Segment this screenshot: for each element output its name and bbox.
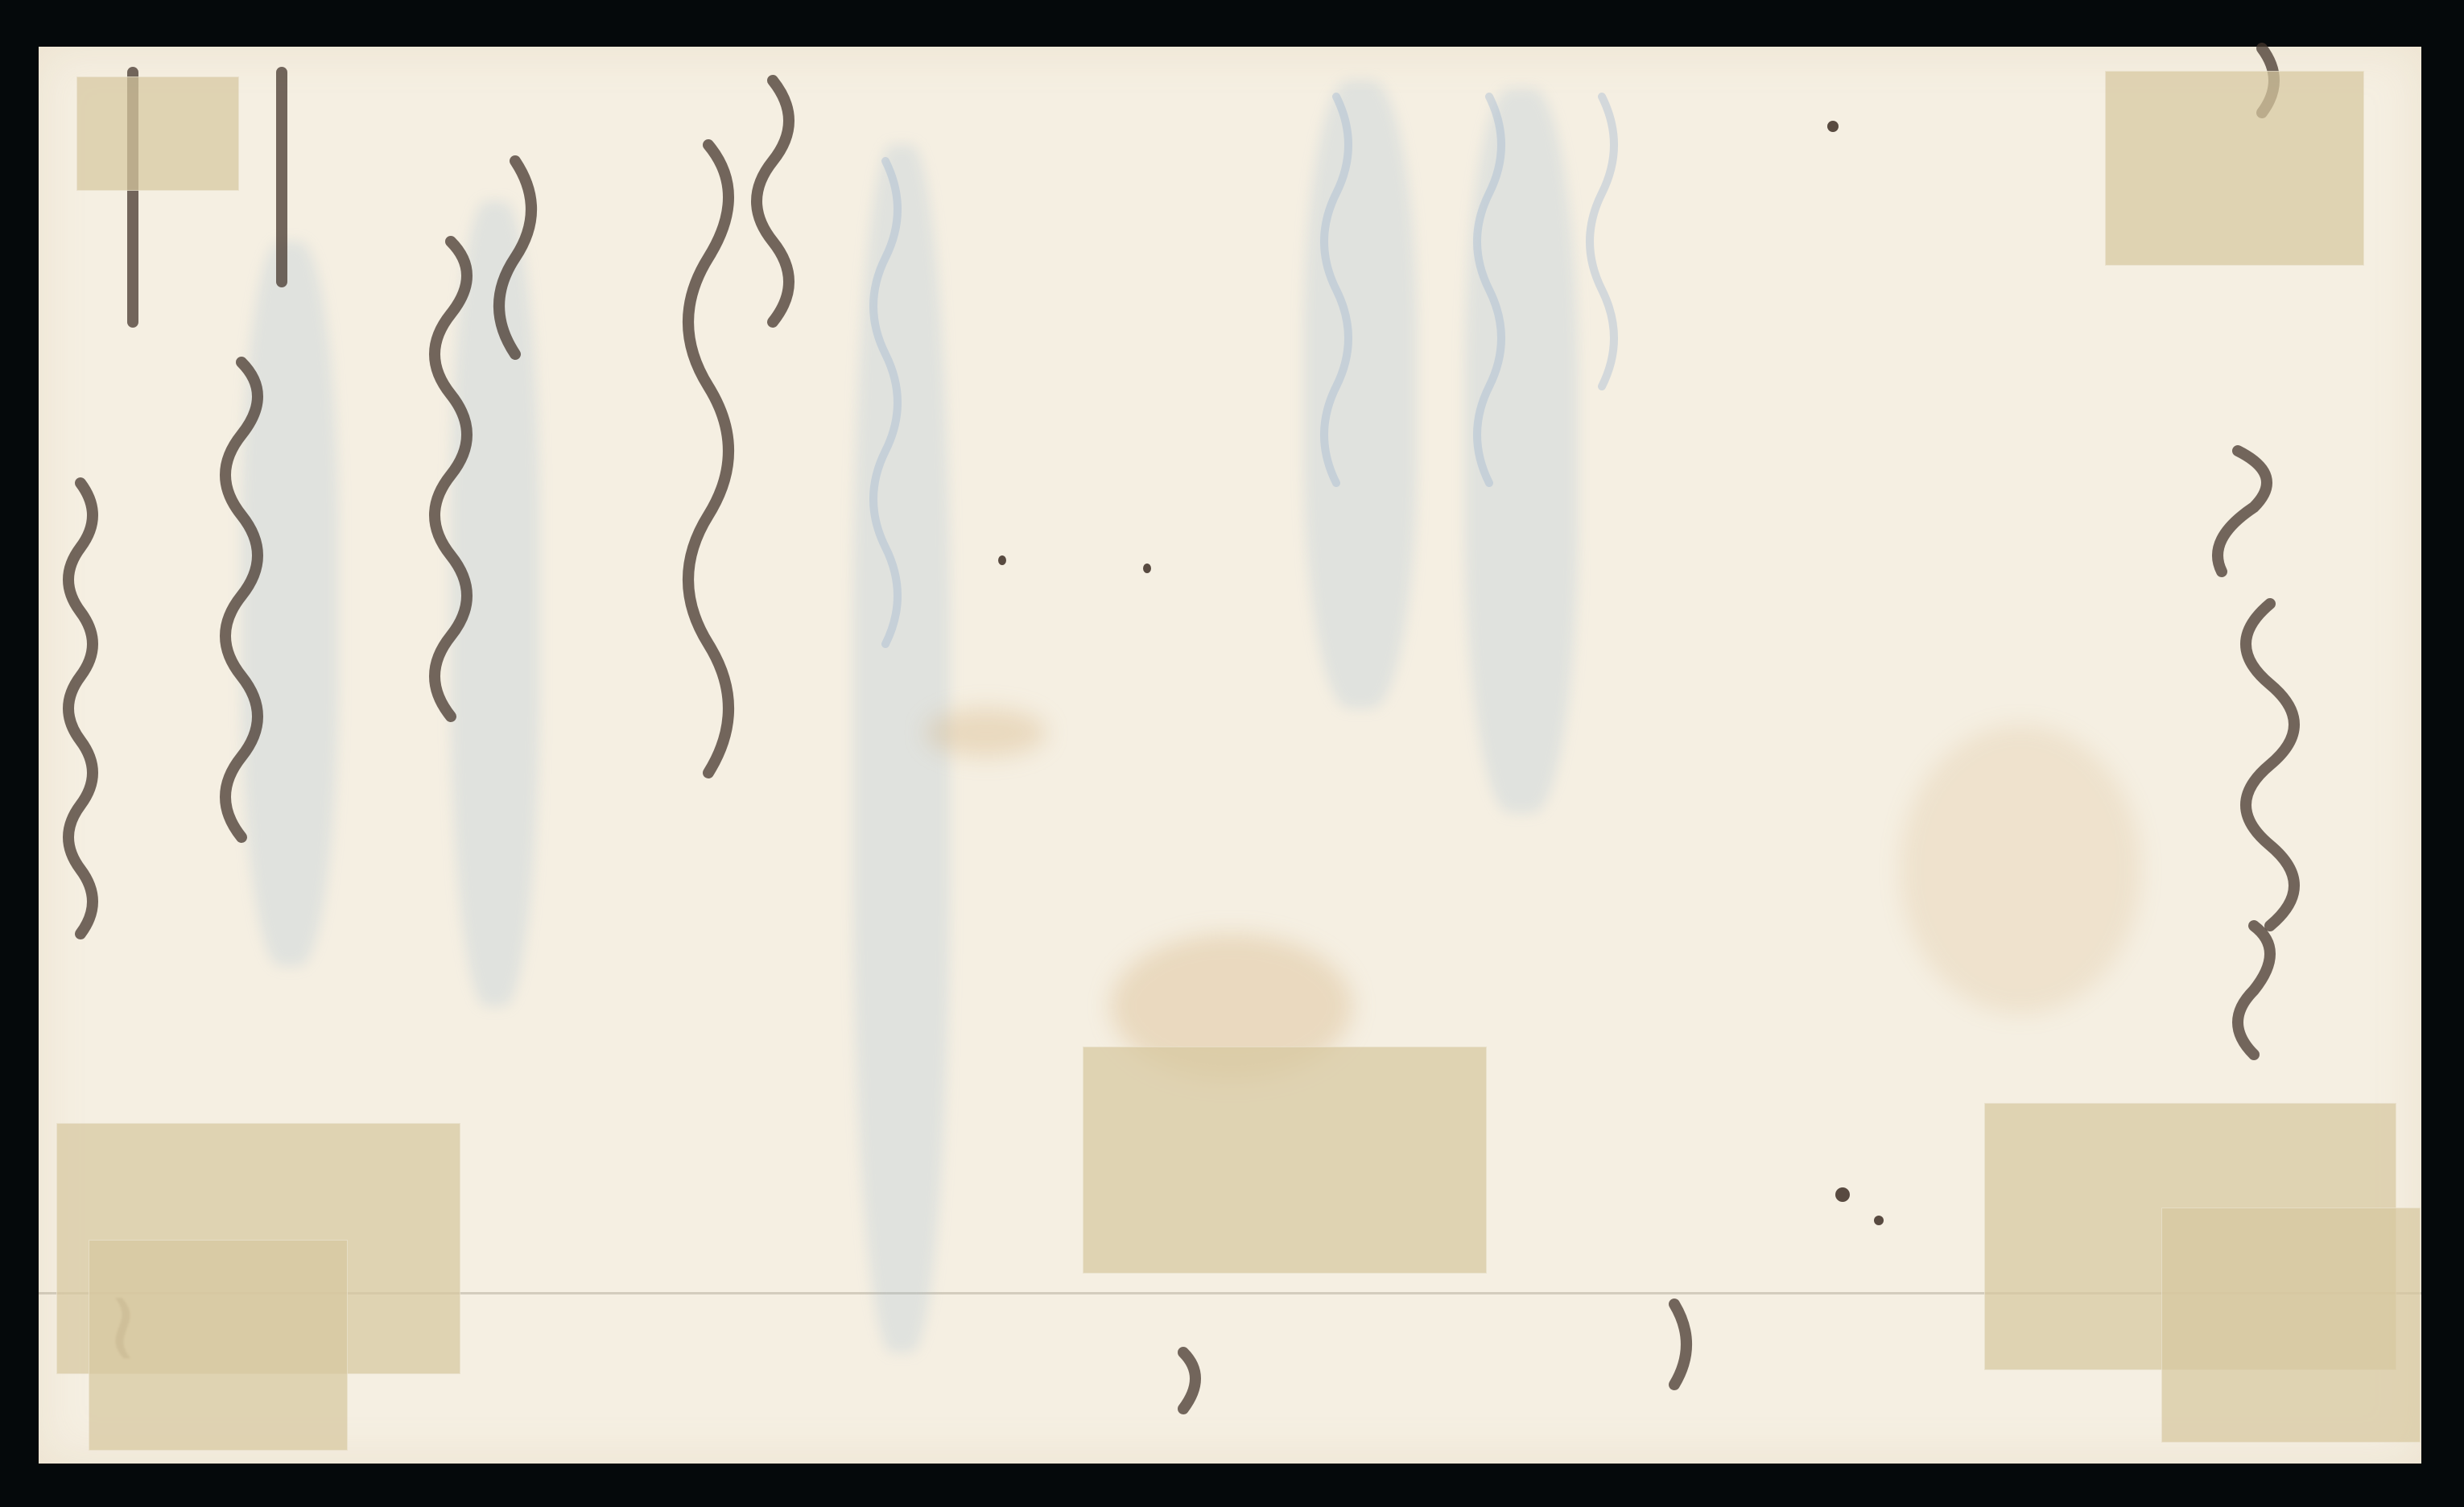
- stamp-hinge-bottom-right-overlap: [2161, 1208, 2421, 1443]
- ink-spot: [1835, 1187, 1850, 1202]
- ink-spot: [998, 555, 1006, 565]
- ink-spot: [1143, 564, 1151, 573]
- stamp-hinge-top-left: [76, 76, 239, 191]
- stamp-hinge-bottom-left-overlap: [89, 1240, 348, 1451]
- stamp-hinge-bottom-center: [1083, 1047, 1487, 1274]
- stamp-hinge-top-right: [2105, 71, 2364, 266]
- ink-spot: [1827, 121, 1839, 132]
- ink-spot: [1874, 1216, 1884, 1225]
